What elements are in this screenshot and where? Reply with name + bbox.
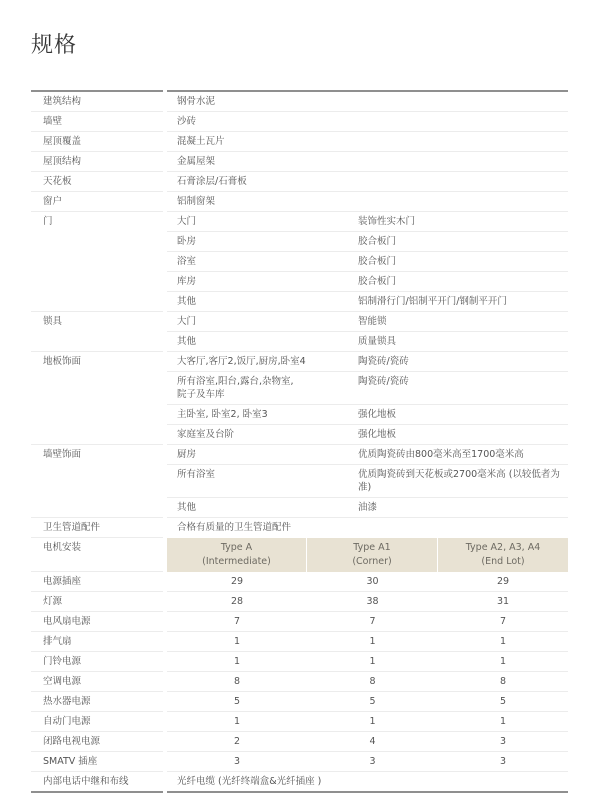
spec-row-walls: 墙壁 沙砖 (31, 112, 568, 132)
area-cell: 大客厅,客厅2,饭厅,厨房,卧室4 (167, 352, 348, 372)
electrical-row: 排气扇 1 1 1 (31, 632, 568, 652)
spec-group-wall-finish: 墙壁饰面 厨房 优质陶瓷砖由800毫米高至1700毫米高 所有浴室 优质陶瓷砖到… (31, 445, 568, 518)
page-title: 规格 (31, 28, 77, 59)
spec-cell: 强化地板 (348, 425, 568, 445)
electrical-row: 灯源 28 38 31 (31, 592, 568, 612)
spec-group-doors: 门 大门 装饰性实木门 卧房 胶合板门 浴室 胶合板门 库房 胶合板门 其他 铝… (31, 212, 568, 312)
count-cell: 3 (438, 732, 568, 752)
floor-row: 主卧室, 卧室2, 卧室3 强化地板 (167, 405, 568, 425)
door-row: 其他 铝制滑行门/铝制平开门/钢制平开门 (167, 292, 568, 312)
count-cell: 29 (167, 572, 307, 592)
spec-group-floor-finish: 地板饰面 大客厅,客厅2,饭厅,厨房,卧室4 陶瓷砖/瓷砖 所有浴室,阳台,露台… (31, 352, 568, 445)
row-label: 门铃电源 (31, 652, 163, 672)
count-cell: 1 (307, 632, 438, 652)
area-cell: 浴室 (167, 252, 348, 272)
count-cell: 3 (307, 752, 438, 772)
spec-cell: 油漆 (348, 498, 568, 518)
group-label: 墙壁饰面 (31, 445, 163, 518)
electrical-row: 空调电源 8 8 8 (31, 672, 568, 692)
count-cell: 5 (167, 692, 307, 712)
row-label: 排气扇 (31, 632, 163, 652)
count-cell: 7 (307, 612, 438, 632)
column-header-line: Type A (167, 541, 306, 555)
count-cell: 1 (438, 652, 568, 672)
row-label: 自动门电源 (31, 712, 163, 732)
row-label: 建筑结构 (31, 90, 163, 112)
row-label: SMATV 插座 (31, 752, 163, 772)
row-value: 光纤电缆 (光纤终端盒&光纤插座 ) (167, 772, 568, 793)
spec-cell: 优质陶瓷砖到天花板或2700毫米高 (以较低者为准) (348, 465, 568, 498)
spec-row-structure: 建筑结构 钢骨水泥 (31, 90, 568, 112)
spec-cell: 质量锁具 (348, 332, 568, 352)
count-cell: 8 (438, 672, 568, 692)
row-label: 电源插座 (31, 572, 163, 592)
spec-row-ceiling: 天花板 石膏涂层/石膏板 (31, 172, 568, 192)
row-value: 金属屋架 (167, 152, 568, 172)
electrical-row: 热水器电源 5 5 5 (31, 692, 568, 712)
area-cell: 卧房 (167, 232, 348, 252)
row-label: 热水器电源 (31, 692, 163, 712)
area-cell: 大门 (167, 212, 348, 232)
group-label: 地板饰面 (31, 352, 163, 445)
spec-cell: 胶合板门 (348, 272, 568, 292)
spec-row-intercom: 内部电话中继和布线 光纤电缆 (光纤终端盒&光纤插座 ) (31, 772, 568, 793)
count-cell: 1 (307, 712, 438, 732)
count-cell: 3 (438, 752, 568, 772)
area-cell: 大门 (167, 312, 348, 332)
electrical-row: 电风扇电源 7 7 7 (31, 612, 568, 632)
door-row: 库房 胶合板门 (167, 272, 568, 292)
column-header-line: (Corner) (307, 555, 437, 569)
area-cell: 其他 (167, 292, 348, 312)
door-row: 浴室 胶合板门 (167, 252, 568, 272)
column-header-type-a2-a4: Type A2, A3, A4 (End Lot) (438, 538, 568, 572)
count-cell: 29 (438, 572, 568, 592)
row-label: 灯源 (31, 592, 163, 612)
count-cell: 31 (438, 592, 568, 612)
count-cell: 8 (167, 672, 307, 692)
count-cell: 1 (167, 632, 307, 652)
electrical-header-row: 电机安装 Type A (Intermediate) Type A1 (Corn… (31, 538, 568, 572)
row-label: 内部电话中继和布线 (31, 772, 163, 793)
electrical-row: 门铃电源 1 1 1 (31, 652, 568, 672)
area-cell: 其他 (167, 332, 348, 352)
spec-cell: 陶瓷砖/瓷砖 (348, 352, 568, 372)
count-cell: 3 (167, 752, 307, 772)
electrical-row: 闭路电视电源 2 4 3 (31, 732, 568, 752)
row-label: 窗户 (31, 192, 163, 212)
column-header-line: Type A1 (307, 541, 437, 555)
count-cell: 5 (438, 692, 568, 712)
row-value: 合格有质量的卫生管道配件 (167, 518, 568, 538)
area-cell: 其他 (167, 498, 348, 518)
row-value: 铝制窗架 (167, 192, 568, 212)
row-label: 闭路电视电源 (31, 732, 163, 752)
spec-cell: 优质陶瓷砖由800毫米高至1700毫米高 (348, 445, 568, 465)
door-row: 大门 装饰性实木门 (167, 212, 568, 232)
area-cell: 库房 (167, 272, 348, 292)
count-cell: 7 (167, 612, 307, 632)
electrical-row: SMATV 插座 3 3 3 (31, 752, 568, 772)
count-cell: 1 (167, 712, 307, 732)
row-label: 电风扇电源 (31, 612, 163, 632)
count-cell: 1 (438, 712, 568, 732)
area-cell: 厨房 (167, 445, 348, 465)
door-row: 卧房 胶合板门 (167, 232, 568, 252)
wall-row: 厨房 优质陶瓷砖由800毫米高至1700毫米高 (167, 445, 568, 465)
column-header-type-a1: Type A1 (Corner) (307, 538, 438, 572)
column-header-line: (End Lot) (438, 555, 568, 569)
area-cell: 所有浴室 (167, 465, 348, 498)
spec-cell: 强化地板 (348, 405, 568, 425)
row-value: 钢骨水泥 (167, 90, 568, 112)
count-cell: 1 (438, 632, 568, 652)
count-cell: 1 (307, 652, 438, 672)
row-label: 屋顶覆盖 (31, 132, 163, 152)
wall-row: 所有浴室 优质陶瓷砖到天花板或2700毫米高 (以较低者为准) (167, 465, 568, 498)
row-label: 卫生管道配件 (31, 518, 163, 538)
count-cell: 1 (167, 652, 307, 672)
row-value: 石膏涂层/石膏板 (167, 172, 568, 192)
row-label: 空调电源 (31, 672, 163, 692)
spec-cell: 智能锁 (348, 312, 568, 332)
electrical-row: 电源插座 29 30 29 (31, 572, 568, 592)
column-header-line: (Intermediate) (167, 555, 306, 569)
spec-cell: 胶合板门 (348, 252, 568, 272)
count-cell: 7 (438, 612, 568, 632)
spec-row-roof-covering: 屋顶覆盖 混凝土瓦片 (31, 132, 568, 152)
spec-cell: 铝制滑行门/铝制平开门/钢制平开门 (348, 292, 568, 312)
column-header-type-a: Type A (Intermediate) (167, 538, 307, 572)
count-cell: 5 (307, 692, 438, 712)
floor-row: 所有浴室,阳台,露台,杂物室, 院子及车库 陶瓷砖/瓷砖 (167, 372, 568, 405)
floor-row: 家庭室及台阶 强化地板 (167, 425, 568, 445)
spec-cell: 陶瓷砖/瓷砖 (348, 372, 568, 405)
row-label: 天花板 (31, 172, 163, 192)
row-label: 电机安装 (31, 538, 163, 572)
row-value: 混凝土瓦片 (167, 132, 568, 152)
area-cell: 主卧室, 卧室2, 卧室3 (167, 405, 348, 425)
row-label: 屋顶结构 (31, 152, 163, 172)
wall-row: 其他 油漆 (167, 498, 568, 518)
spec-cell: 胶合板门 (348, 232, 568, 252)
spec-table: 建筑结构 钢骨水泥 墙壁 沙砖 屋顶覆盖 混凝土瓦片 屋顶结构 金属屋架 天花板… (31, 90, 568, 793)
spec-row-roof-structure: 屋顶结构 金属屋架 (31, 152, 568, 172)
column-header-line: Type A2, A3, A4 (438, 541, 568, 555)
count-cell: 30 (307, 572, 438, 592)
count-cell: 28 (167, 592, 307, 612)
count-cell: 8 (307, 672, 438, 692)
row-label: 墙壁 (31, 112, 163, 132)
count-cell: 4 (307, 732, 438, 752)
row-value: 沙砖 (167, 112, 568, 132)
group-label: 锁具 (31, 312, 163, 352)
lock-row: 其他 质量锁具 (167, 332, 568, 352)
spec-row-sanitary: 卫生管道配件 合格有质量的卫生管道配件 (31, 518, 568, 538)
count-cell: 2 (167, 732, 307, 752)
spec-cell: 装饰性实木门 (348, 212, 568, 232)
count-cell: 38 (307, 592, 438, 612)
lock-row: 大门 智能锁 (167, 312, 568, 332)
spec-group-locks: 锁具 大门 智能锁 其他 质量锁具 (31, 312, 568, 352)
area-cell: 所有浴室,阳台,露台,杂物室, 院子及车库 (167, 372, 348, 405)
floor-row: 大客厅,客厅2,饭厅,厨房,卧室4 陶瓷砖/瓷砖 (167, 352, 568, 372)
area-cell: 家庭室及台阶 (167, 425, 348, 445)
spec-row-windows: 窗户 铝制窗架 (31, 192, 568, 212)
electrical-row: 自动门电源 1 1 1 (31, 712, 568, 732)
group-label: 门 (31, 212, 163, 312)
